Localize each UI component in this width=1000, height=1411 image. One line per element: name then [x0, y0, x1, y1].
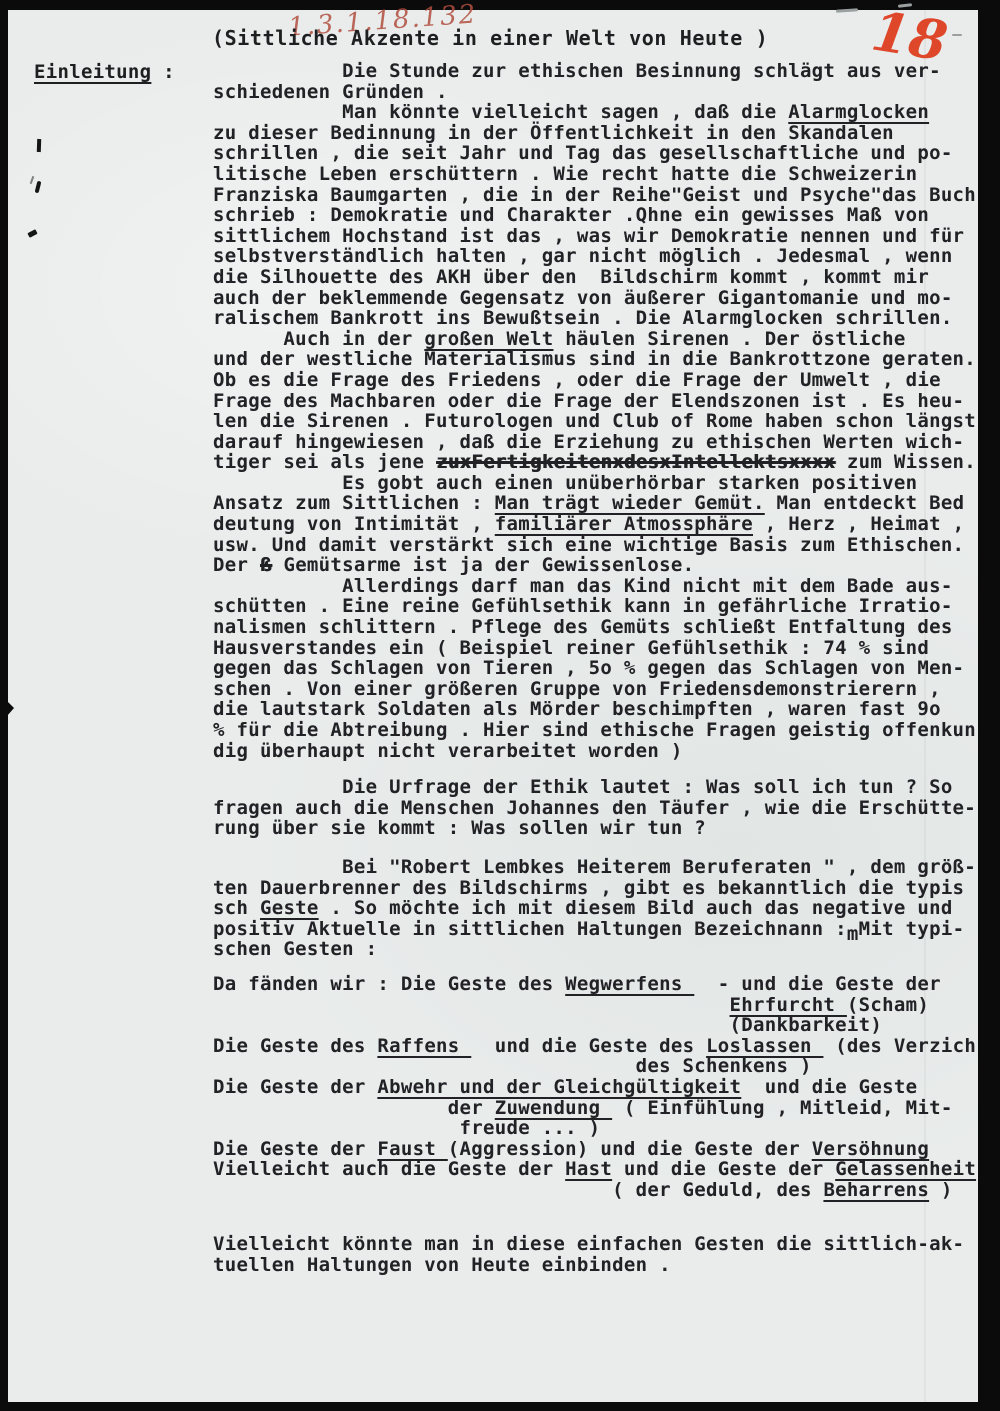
- document-line: rung über sie kommt : Was sollen wir tun…: [213, 818, 983, 839]
- document-line: freude ... ): [213, 1118, 983, 1139]
- pencil-dash-mark: [952, 34, 962, 36]
- text-segment: (Dankbarkeit): [213, 1014, 882, 1036]
- document-line: Da fänden wir : Die Geste des Wegwerfens…: [213, 974, 983, 995]
- document-line: ralischem Bankrott ins Bewußtsein . Die …: [213, 308, 983, 329]
- text-segment: Es gobt auch einen unüberhörbar starken …: [213, 472, 917, 494]
- text-segment: freude ... ): [213, 1117, 600, 1139]
- text-segment: schiedenen Gründen .: [213, 81, 448, 103]
- text-segment: Da fänden wir : Die Geste des: [213, 973, 565, 995]
- document-line: schiedenen Gründen .: [213, 82, 983, 103]
- text-segment: und die Geste der: [612, 1158, 835, 1180]
- underlined-text: Abwehr und der Gleichgültigkeit: [377, 1076, 741, 1098]
- document-line: len die Sirenen . Futurologen und Club o…: [213, 411, 983, 432]
- document-line: Vielleicht könnte man in diese einfachen…: [213, 1234, 983, 1255]
- document-line: selbstverständlich halten , gar nicht mö…: [213, 246, 983, 267]
- document-line: die lautstark Soldaten als Mörder beschi…: [213, 699, 983, 720]
- underlined-text: Hast: [565, 1158, 612, 1180]
- document-line: ( der Geduld, des Beharrens ): [213, 1180, 983, 1201]
- document-line: Ehrfurcht (Scham): [213, 995, 983, 1016]
- document-line: Franziska Baumgarten , die in der Reihe"…: [213, 185, 983, 206]
- text-segment: len die Sirenen . Futurologen und Club o…: [213, 410, 976, 432]
- margin-label-word: Einleitung: [34, 61, 151, 83]
- document-line: Es gobt auch einen unüberhörbar starken …: [213, 473, 983, 494]
- document-line: Die Geste des Raffens und die Geste des …: [213, 1036, 983, 1057]
- document-line: positiv Aktuelle in sittlichen Haltungen…: [213, 919, 983, 940]
- text-segment: rung über sie kommt : Was sollen wir tun…: [213, 817, 706, 839]
- text-segment: zu dieser Bedinnung in der Öffentlichkei…: [213, 122, 894, 144]
- document-line: auch der beklemmende Gegensatz von äußer…: [213, 288, 983, 309]
- document-line: Die Geste der Abwehr und der Gleichgülti…: [213, 1077, 983, 1098]
- text-segment: tuellen Haltungen von Heute einbinden .: [213, 1254, 671, 1276]
- text-segment: Allerdings darf man das Kind nicht mit d…: [213, 575, 953, 597]
- document-line: Auch in der großen Welt häulen Sirenen .…: [213, 329, 983, 350]
- document-line: Frage des Machbaren oder die Frage der E…: [213, 391, 983, 412]
- text-segment: schen Gesten :: [213, 938, 377, 960]
- text-segment: die Silhouette des AKH über den Bildschi…: [213, 266, 929, 288]
- document-line: % für die Abtreibung . Hier sind ethisch…: [213, 720, 983, 741]
- text-segment: (Aggression) und die Geste der: [448, 1138, 812, 1160]
- document-line: fragen auch die Menschen Johannes den Tä…: [213, 798, 983, 819]
- document-line: dig überhaupt nicht verarbeitet worden ): [213, 741, 983, 762]
- text-segment: Vielleicht könnte man in diese einfachen…: [213, 1233, 964, 1255]
- text-segment: und der westliche Materialismus sind in …: [213, 348, 976, 370]
- text-segment: darauf hingewiesen , daß die Erziehung z…: [213, 431, 964, 453]
- text-segment: ralischem Bankrott ins Bewußtsein . Die …: [213, 307, 953, 329]
- text-segment: Frage des Machbaren oder die Frage der E…: [213, 390, 964, 412]
- underlined-text: Gelassenheit: [835, 1158, 976, 1180]
- document-line: schütten . Eine reine Gefühlsethik kann …: [213, 596, 983, 617]
- document-line: Vielleicht auch die Geste der Hast und d…: [213, 1159, 983, 1180]
- text-segment: Mit typi-: [859, 918, 965, 940]
- underlined-text: Loslassen: [706, 1035, 823, 1057]
- document-line: sch Geste . So möchte ich mit diesem Bil…: [213, 898, 983, 919]
- underlined-text: Versöhnung: [812, 1138, 929, 1160]
- text-segment: der: [213, 1097, 495, 1119]
- text-segment: schen . Von einer größeren Gruppe von Fr…: [213, 678, 941, 700]
- document-line: zu dieser Bedinnung in der Öffentlichkei…: [213, 123, 983, 144]
- document-line: tiger sei als jene zuxFertigkeitenxdesxI…: [213, 452, 983, 473]
- text-segment: litische Leben erschüttern . Wie recht h…: [213, 163, 917, 185]
- text-segment: . So möchte ich mit diesem Bild auch das…: [319, 897, 953, 919]
- underlined-text: Ehrfurcht: [730, 994, 847, 1016]
- text-segment: des Schenkens ): [213, 1055, 812, 1077]
- underlined-text: Man trägt wieder Gemüt.: [495, 492, 765, 514]
- text-segment: schrieb : Demokratie und Charakter .Qhne…: [213, 204, 929, 226]
- text-segment: auch der beklemmende Gegensatz von äußer…: [213, 287, 953, 309]
- document-line: tuellen Haltungen von Heute einbinden .: [213, 1255, 983, 1276]
- text-segment: % für die Abtreibung . Hier sind ethisch…: [213, 719, 976, 741]
- text-segment: und die Geste: [741, 1076, 917, 1098]
- text-segment: gegen das Schlagen von Tieren , 5o % geg…: [213, 657, 964, 679]
- document-line: Ob es die Frage des Friedens , oder die …: [213, 370, 983, 391]
- text-segment: schrillen , die seit Jahr und Tag das ge…: [213, 142, 953, 164]
- document-line: Bei "Robert Lembkes Heiterem Beruferaten…: [213, 857, 983, 878]
- margin-label-einleitung: Einleitung :: [34, 61, 175, 83]
- text-segment: Die Urfrage der Ethik lautet : Was soll …: [213, 776, 953, 798]
- text-segment: fragen auch die Menschen Johannes den Tä…: [213, 797, 976, 819]
- text-segment: sittlichem Hochstand ist das , was wir D…: [213, 225, 964, 247]
- underlined-text: Faust: [377, 1138, 447, 1160]
- document-line: Ansatz zum Sittlichen : Man trägt wieder…: [213, 493, 983, 514]
- document-line: Allerdings darf man das Kind nicht mit d…: [213, 576, 983, 597]
- text-segment: Die Geste der: [213, 1138, 377, 1160]
- text-segment: die lautstark Soldaten als Mörder beschi…: [213, 698, 941, 720]
- struck-text: zuxFertigkeitenxdesxIntellektsxxxx: [436, 451, 835, 473]
- text-segment: Der: [213, 554, 260, 576]
- text-segment: Man entdeckt Bed: [765, 492, 965, 514]
- text-segment: Man könnte vielleicht sagen , daß die: [213, 101, 788, 123]
- text-segment: selbstverständlich halten , gar nicht mö…: [213, 245, 953, 267]
- document-line: schen Gesten :: [213, 939, 983, 960]
- text-segment: sch: [213, 897, 260, 919]
- document-line: Der ß Gemütsarme ist ja der Gewissenlose…: [213, 555, 983, 576]
- document-line: Die Stunde zur ethischen Besinnung schlä…: [213, 61, 983, 82]
- document-line: sittlichem Hochstand ist das , was wir D…: [213, 226, 983, 247]
- text-segment: ( Einfühlung , Mitleid, Mit-: [612, 1097, 952, 1119]
- text-segment: Ansatz zum Sittlichen :: [213, 492, 495, 514]
- document-line: deutung von Intimität , familiärer Atmos…: [213, 514, 983, 535]
- document-line: schrillen , die seit Jahr und Tag das ge…: [213, 143, 983, 164]
- margin-ink-mark: [37, 139, 41, 152]
- text-segment: Die Geste des: [213, 1035, 377, 1057]
- document-line: schrieb : Demokratie und Charakter .Qhne…: [213, 205, 983, 226]
- document-line: des Schenkens ): [213, 1056, 983, 1077]
- text-segment: , Herz , Heimat ,: [753, 513, 964, 535]
- document-title: (Sittliche Akzente in einer Welt von Heu…: [212, 26, 768, 50]
- underlined-text: Alarmglocken: [788, 101, 929, 123]
- margin-label-colon: :: [151, 61, 174, 83]
- text-segment: schütten . Eine reine Gefühlsethik kann …: [213, 595, 953, 617]
- text-segment: Franziska Baumgarten , die in der Reihe"…: [213, 184, 976, 206]
- text-segment: und die Geste des: [471, 1035, 706, 1057]
- text-segment: (des Verzich: [823, 1035, 976, 1057]
- text-segment: Die Geste der: [213, 1076, 377, 1098]
- document-line: gegen das Schlagen von Tieren , 5o % geg…: [213, 658, 983, 679]
- text-segment: dig überhaupt nicht verarbeitet worden ): [213, 740, 683, 762]
- scanned-document-page: { "page": { "handwritten_number": "1.3.1…: [0, 0, 1000, 1411]
- text-segment: Die Stunde zur ethischen Besinnung schlä…: [213, 60, 941, 82]
- scan-edge-notch: [0, 694, 14, 724]
- text-segment: zum Wissen.: [835, 451, 976, 473]
- text-segment: - und die Geste der: [694, 973, 941, 995]
- underlined-text: Geste: [260, 897, 319, 919]
- document-line: die Silhouette des AKH über den Bildschi…: [213, 267, 983, 288]
- document-line: Die Urfrage der Ethik lautet : Was soll …: [213, 777, 983, 798]
- document-line: ten Dauerbrenner des Bildschirms , gibt …: [213, 878, 983, 899]
- document-line: Die Geste der Faust (Aggression) und die…: [213, 1139, 983, 1160]
- text-segment: ): [929, 1179, 952, 1201]
- text-segment: [213, 994, 730, 1016]
- text-segment: m: [847, 923, 859, 945]
- text-segment: Auch in der: [213, 328, 424, 350]
- underlined-text: Zuwendung: [495, 1097, 612, 1119]
- text-segment: ten Dauerbrenner des Bildschirms , gibt …: [213, 877, 964, 899]
- text-segment: tiger sei als jene: [213, 451, 436, 473]
- document-body: Die Stunde zur ethischen Besinnung schlä…: [213, 61, 983, 1276]
- text-segment: positiv Aktuelle in sittlichen Haltungen…: [213, 918, 847, 940]
- document-line: schen . Von einer größeren Gruppe von Fr…: [213, 679, 983, 700]
- text-segment: usw. Und damit verstärkt sich eine wicht…: [213, 534, 964, 556]
- text-segment: Ob es die Frage des Friedens , oder die …: [213, 369, 941, 391]
- text-segment: häulen Sirenen . Der östliche: [553, 328, 905, 350]
- text-segment: (Scham): [847, 994, 929, 1016]
- underlined-text: familiärer Atmossphäre: [495, 513, 753, 535]
- text-segment: nalismen schlittern . Pflege des Gemüts …: [213, 616, 953, 638]
- text-segment: ( der Geduld, des: [213, 1179, 823, 1201]
- underlined-text: Wegwerfens: [565, 973, 694, 995]
- document-line: nalismen schlittern . Pflege des Gemüts …: [213, 617, 983, 638]
- document-line: der Zuwendung ( Einfühlung , Mitleid, Mi…: [213, 1098, 983, 1119]
- struck-text: ß: [260, 554, 272, 576]
- document-line: usw. Und damit verstärkt sich eine wicht…: [213, 535, 983, 556]
- text-segment: deutung von Intimität ,: [213, 513, 495, 535]
- underlined-text: Raffens: [377, 1035, 471, 1057]
- document-line: (Dankbarkeit): [213, 1015, 983, 1036]
- text-segment: Vielleicht auch die Geste der: [213, 1158, 565, 1180]
- document-line: und der westliche Materialismus sind in …: [213, 349, 983, 370]
- document-line: darauf hingewiesen , daß die Erziehung z…: [213, 432, 983, 453]
- text-segment: Hausverstandes ein ( Beispiel reiner Gef…: [213, 637, 929, 659]
- text-segment: Bei "Robert Lembkes Heiterem Beruferaten…: [213, 856, 976, 878]
- document-line: Man könnte vielleicht sagen , daß die Al…: [213, 102, 983, 123]
- underlined-text: Beharrens: [823, 1179, 929, 1201]
- text-segment: Gemütsarme ist ja der Gewissenlose.: [272, 554, 695, 576]
- underlined-text: großen Welt: [424, 328, 553, 350]
- document-line: litische Leben erschüttern . Wie recht h…: [213, 164, 983, 185]
- document-line: Hausverstandes ein ( Beispiel reiner Gef…: [213, 638, 983, 659]
